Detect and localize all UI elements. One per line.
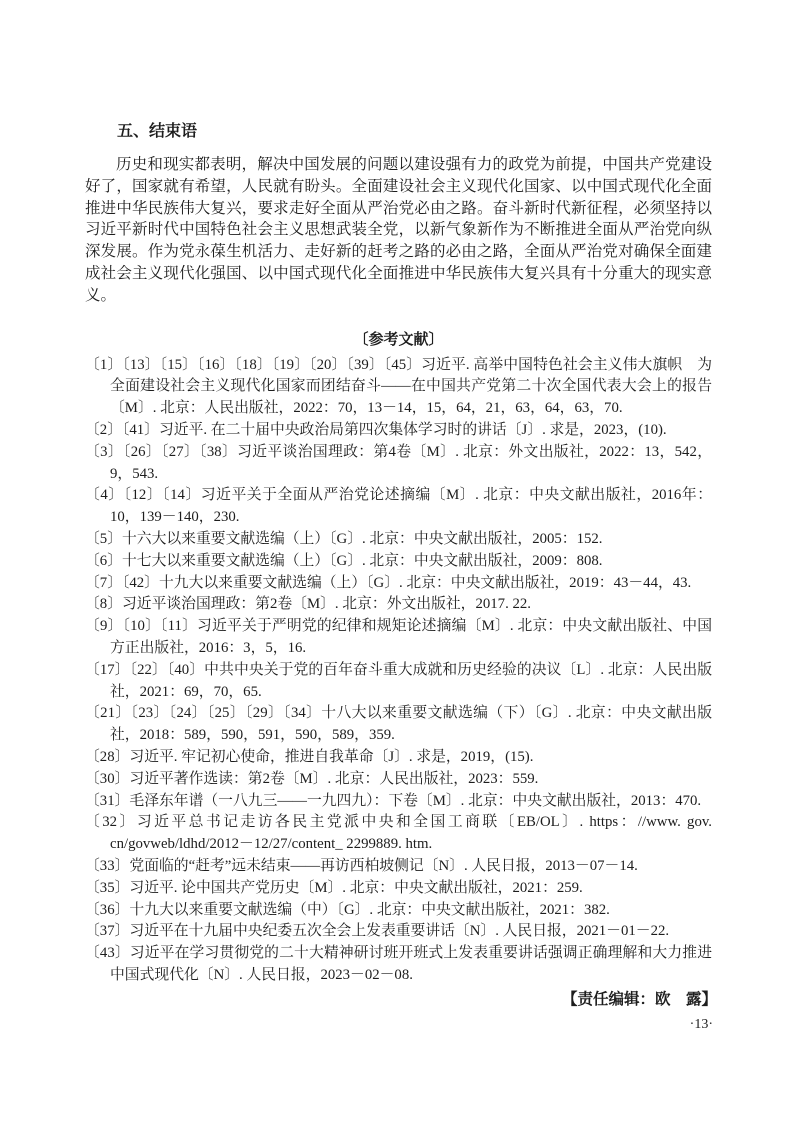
reference-item: 〔7〕〔42〕十九大以来重要文献选编（上）〔G〕. 北京：中央文献出版社，201… [85,573,712,595]
conclusion-paragraph: 历史和现实都表明，解决中国发展的问题以建设强有力的政党为前提，中国共产党建设好了… [85,154,712,307]
reference-item: 〔2〕〔41〕习近平. 在二十届中央政治局第四次集体学习时的讲话〔J〕. 求是，… [85,420,712,442]
reference-item: 〔28〕习近平. 牢记初心使命，推进自我革命〔J〕. 求是，2019，(15). [85,747,712,769]
reference-item: 〔36〕十九大以来重要文献选编（中）〔G〕. 北京：中央文献出版社，2021：3… [85,900,712,922]
reference-item: 〔32〕习近平总书记走访各民主党派中央和全国工商联〔EB/OL〕. https：… [85,812,712,856]
reference-item: 〔43〕习近平在学习贯彻党的二十大精神研讨班开班式上发表重要讲话强调正确理解和大… [85,943,712,987]
reference-item: 〔37〕习近平在十九届中央纪委五次全会上发表重要讲话〔N〕. 人民日报，2021… [85,921,712,943]
reference-item: 〔1〕〔13〕〔15〕〔16〕〔18〕〔19〕〔20〕〔39〕〔45〕习近平. … [85,355,712,420]
reference-item: 〔4〕〔12〕〔14〕习近平关于全面从严治党论述摘编〔M〕. 北京：中央文献出版… [85,485,712,529]
reference-item: 〔3〕〔26〕〔27〕〔38〕习近平谈治国理政：第4卷〔M〕. 北京：外文出版社… [85,442,712,486]
responsible-editor-line: 【责任编辑：欧 露】 [562,990,717,1010]
reference-item: 〔31〕毛泽东年谱（一八九三——一九四九）：下卷〔M〕. 北京：中央文献出版社，… [85,791,712,813]
document-page: 五、结束语 历史和现实都表明，解决中国发展的问题以建设强有力的政党为前提，中国共… [0,0,793,1122]
reference-item: 〔30〕习近平著作选读：第2卷〔M〕. 北京：人民出版社，2023：559. [85,769,712,791]
reference-item: 〔35〕习近平. 论中国共产党历史〔M〕. 北京：中央文献出版社，2021：25… [85,878,712,900]
references-list: 〔1〕〔13〕〔15〕〔16〕〔18〕〔19〕〔20〕〔39〕〔45〕习近平. … [85,355,712,987]
references-title: 〔参考文献〕 [85,330,712,350]
reference-item: 〔33〕党面临的“赶考”远未结束——再访西柏坡侧记〔N〕. 人民日报，2013－… [85,856,712,878]
reference-item: 〔17〕〔22〕〔40〕中共中央关于党的百年奋斗重大成就和历史经验的决议〔L〕.… [85,660,712,704]
reference-item: 〔9〕〔10〕〔11〕习近平关于严明党的纪律和规矩论述摘编〔M〕. 北京：中央文… [85,616,712,660]
reference-item: 〔6〕十七大以来重要文献选编（上）〔G〕. 北京：中央文献出版社，2009：80… [85,551,712,573]
reference-item: 〔21〕〔23〕〔24〕〔25〕〔29〕〔34〕十八大以来重要文献选编（下）〔G… [85,703,712,747]
section-heading: 五、结束语 [85,122,712,142]
reference-item: 〔8〕习近平谈治国理政：第2卷〔M〕. 北京：外文出版社，2017. 22. [85,594,712,616]
reference-item: 〔5〕十六大以来重要文献选编（上）〔G〕. 北京：中央文献出版社，2005：15… [85,529,712,551]
page-number: ·13· [690,1016,713,1034]
